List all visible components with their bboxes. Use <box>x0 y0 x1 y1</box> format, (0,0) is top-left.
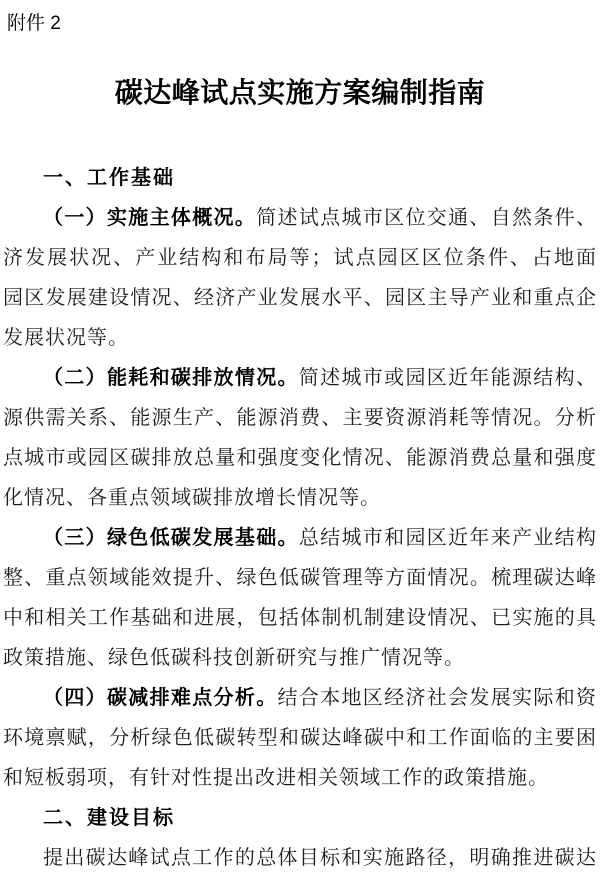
section-heading-1: 一、工作基础 <box>3 158 597 198</box>
document-body: 一、工作基础 （一）实施主体概况。简述试点城市区位交通、自然条件、经 济发展状况… <box>0 158 600 878</box>
paragraph-line: 和短板弱项，有针对性提出改进相关领域工作的政策措施。 <box>3 758 597 798</box>
paragraph-line: （二）能耗和碳排放情况。简述城市或园区近年能源结构、能 <box>3 358 597 398</box>
paragraph-line: 环境禀赋，分析绿色低碳转型和碳达峰碳中和工作面临的主要困难 <box>3 718 597 758</box>
section-heading-2: 二、建设目标 <box>3 798 597 838</box>
paragraph-line: 园区发展建设情况、经济产业发展水平、园区主导产业和重点企业 <box>3 278 597 318</box>
attachment-label: 附件 2 <box>0 0 600 32</box>
paragraph-line: 中和相关工作基础和进展，包括体制机制建设情况、已实施的具体 <box>3 598 597 638</box>
paragraph-line: 提出碳达峰试点工作的总体目标和实施路径，明确推进碳达峰 <box>3 838 597 878</box>
paragraph-line: 源供需关系、能源生产、能源消费、主要资源消耗等情况。分析试 <box>3 398 597 438</box>
paragraph-lead: （三）绿色低碳发展基础。 <box>43 527 299 549</box>
paragraph-lead: （一）实施主体概况。 <box>43 207 256 229</box>
paragraph-line: 济发展状况、产业结构和布局等；试点园区区位条件、占地面积、 <box>3 238 597 278</box>
paragraph-line: （三）绿色低碳发展基础。总结城市和园区近年来产业结构调 <box>3 518 597 558</box>
paragraph-lead: （四）碳减排难点分析。 <box>43 687 278 709</box>
paragraph-line: （一）实施主体概况。简述试点城市区位交通、自然条件、经 <box>3 198 597 238</box>
document-page: 附件 2 碳达峰试点实施方案编制指南 一、工作基础 （一）实施主体概况。简述试点… <box>0 0 600 881</box>
paragraph-line: 整、重点领域能效提升、绿色低碳管理等方面情况。梳理碳达峰碳 <box>3 558 597 598</box>
paragraph-lead: （二）能耗和碳排放情况。 <box>43 367 299 389</box>
paragraph-line: 政策措施、绿色低碳科技创新研究与推广情况等。 <box>3 638 597 678</box>
paragraph-line: （四）碳减排难点分析。结合本地区经济社会发展实际和资源 <box>3 678 597 718</box>
document-title: 碳达峰试点实施方案编制指南 <box>0 78 600 110</box>
paragraph-line: 点城市或园区碳排放总量和强度变化情况、能源消费总量和强度变 <box>3 438 597 478</box>
paragraph-line: 化情况、各重点领域碳排放增长情况等。 <box>3 478 597 518</box>
paragraph-line: 发展状况等。 <box>3 318 597 358</box>
